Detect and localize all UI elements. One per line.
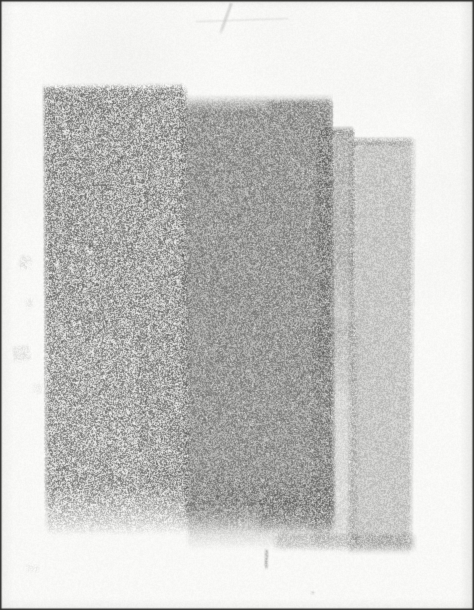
- monoprint-artwork-canvas: [0, 0, 474, 610]
- scanned-print-page: [0, 0, 474, 610]
